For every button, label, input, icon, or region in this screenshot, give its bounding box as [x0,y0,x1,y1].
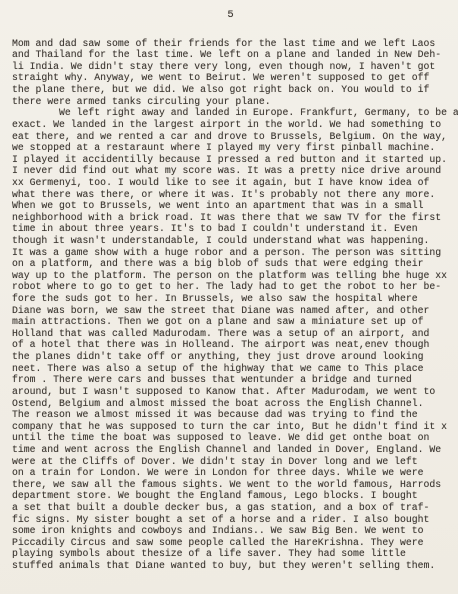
text-line: there, we saw all the famous sights. We … [12,479,450,491]
text-line: fic signs. My sister bought a set of a h… [12,514,450,526]
text-line: on a platform, and there was a big blob … [12,258,450,270]
text-line: neighborhood with a brick road. It was t… [12,212,450,224]
paragraph-2: We left right away and landed in Europe.… [12,107,450,571]
text-line: Piccadily Circus and saw some people cal… [12,537,450,549]
text-line: the plane there, but we did. We also got… [12,84,450,96]
text-line: time and went across the English Channel… [12,444,450,456]
text-line: some iron knights and cowboys and Indian… [12,525,450,537]
text-line: We left right away and landed in Europe.… [12,107,450,119]
text-line: Mom and dad saw some of their friends fo… [12,38,450,50]
text-line: Diane was born, we saw the street that D… [12,305,450,317]
text-line: of a hotel that there was in Holleand. T… [12,339,450,351]
text-line: eat there, and we rented a car and drove… [12,131,450,143]
paragraph-1: Mom and dad saw some of their friends fo… [12,38,450,108]
text-line: a set that built a double decker bus, a … [12,502,450,514]
text-line: neet. There was also a setup of the high… [12,363,450,375]
text-line: It was a game show with a huge robor and… [12,247,450,259]
text-line: Ostend, Belgium and almost missed the bo… [12,398,450,410]
text-line: main attractions. Then we got on a plane… [12,316,450,328]
text-line: we stopped at a restaraunt where I playe… [12,142,450,154]
text-line: way up to the platform. The person on th… [12,270,450,282]
text-line: When we got to Brussels, we went into an… [12,200,450,212]
text-line: The reason we almost missed it was becau… [12,409,450,421]
text-line: the planes didn't take off or anything, … [12,351,450,363]
text-line: there were armed tanks circuling your pl… [12,96,450,108]
text-line: on a train for London. We were in London… [12,467,450,479]
text-line: until the time the boat was supposed to … [12,432,450,444]
text-line: were at the Cliffs of Dover. We didn't s… [12,456,450,468]
text-line: from . There were cars and busses that w… [12,374,450,386]
text-line: straight why. Anyway, we went to Beirut.… [12,72,450,84]
text-line: company that he was supposed to turn the… [12,421,450,433]
document-page: 5 Mom and dad saw some of their friends … [0,0,458,594]
text-line: department store. We bought the England … [12,490,450,502]
text-line: stuffed animals that Diane wanted to buy… [12,560,450,572]
page-number: 5 [12,10,450,22]
text-line: what there was there, or where it was. I… [12,189,450,201]
text-line: I never did find out what my score was. … [12,165,450,177]
text-line: time in about three years. It's to bad I… [12,223,450,235]
text-line: xx Germenyi, too. I would like to see it… [12,177,450,189]
text-line: and Thailand for the last time. We left … [12,49,450,61]
text-line: though it wasn't understandable, I could… [12,235,450,247]
text-line: robot where to go to get to her. The lad… [12,281,450,293]
text-line: around, but I wasn't supposed to Kanow t… [12,386,450,398]
text-line: exact. We landed in the largest airport … [12,119,450,131]
text-line: li India. We didn't stay there very long… [12,61,450,73]
text-line: I played it accidentilly because I press… [12,154,450,166]
text-line: Holland that was called Madurodam. There… [12,328,450,340]
text-line: playing symbols about thesize of a life … [12,548,450,560]
text-line: fore the suds got to her. In Brussels, w… [12,293,450,305]
